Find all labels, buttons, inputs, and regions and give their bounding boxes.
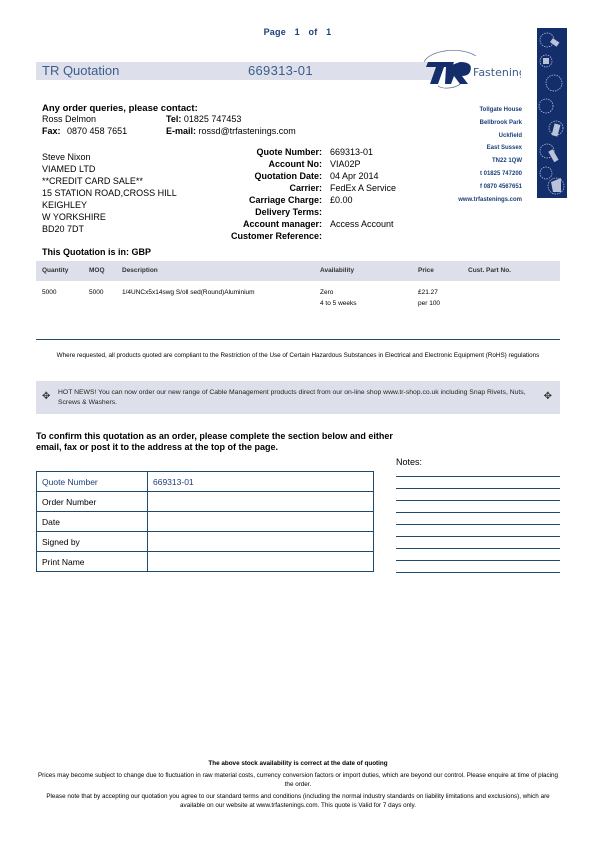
confirm-instructions: To confirm this quotation as an order, p…: [36, 431, 396, 453]
meta-label: Account manager:: [170, 218, 322, 230]
col-cust-part-no: Cust. Part No.: [468, 267, 511, 274]
address-line: East Sussex: [440, 142, 522, 155]
fastener-icons-strip: [537, 28, 567, 198]
page-current: 1: [295, 27, 300, 37]
meta-label: Carrier:: [170, 182, 322, 194]
page-of: of: [309, 27, 318, 37]
col-price: Price: [418, 267, 434, 274]
customer-note: **CREDIT CARD SALE**: [42, 175, 177, 187]
order-number-field[interactable]: [148, 492, 374, 512]
address-line: Uckfield: [440, 130, 522, 143]
col-description: Description: [122, 267, 158, 274]
meta-account-manager: Access Account: [330, 218, 396, 230]
document-title: TR Quotation: [42, 63, 119, 78]
meta-label: Customer Reference:: [170, 230, 322, 242]
col-quantity: Quantity: [42, 267, 68, 274]
row-moq: 5000: [89, 287, 103, 298]
contact-fax: Fax: 0870 458 7651: [42, 126, 127, 138]
meta-label: Quotation Date:: [170, 170, 322, 182]
row-quantity: 5000: [42, 287, 56, 298]
customer-county: W YORKSHIRE: [42, 211, 177, 223]
notes-line[interactable]: [396, 572, 560, 573]
customer-contact-name: Steve Nixon: [42, 151, 177, 163]
print-name-field[interactable]: [148, 552, 374, 572]
customer-address: Steve Nixon VIAMED LTD **CREDIT CARD SAL…: [42, 151, 177, 235]
currency-line: This Quotation is in: GBP: [42, 247, 151, 257]
notes-line[interactable]: [396, 548, 560, 549]
email-link[interactable]: rossd@trfastenings.com: [199, 126, 296, 136]
footer-terms-note: Please note that by accepting our quotat…: [36, 792, 560, 811]
order-confirmation-form: Quote Number 669313-01 Order Number Date…: [36, 471, 374, 572]
notes-line[interactable]: [396, 500, 560, 501]
fax-label: Fax:: [42, 126, 61, 136]
meta-quotation-date: 04 Apr 2014: [330, 170, 396, 182]
table-divider: [36, 339, 560, 340]
address-postcode: TN22 1QW: [440, 155, 522, 168]
meta-customer-reference: [330, 230, 396, 242]
form-label: Quote Number: [37, 472, 148, 492]
form-row-print-name: Print Name: [37, 552, 374, 572]
contact-name: Ross Delmon: [42, 114, 96, 126]
notes-line[interactable]: [396, 512, 560, 513]
customer-postcode: BD20 7DT: [42, 223, 177, 235]
company-website-link[interactable]: www.trfastenings.com: [440, 194, 522, 207]
quote-meta-values: 669313-01 VIA02P 04 Apr 2014 FedEx A Ser…: [330, 146, 396, 242]
meta-carrier: FedEx A Service: [330, 182, 396, 194]
contact-heading: Any order queries, please contact:: [42, 103, 198, 114]
fastener-illustrations-icon: [537, 28, 567, 198]
items-table-header: Quantity MOQ Description Availability Pr…: [36, 261, 560, 281]
tel-label: Tel:: [166, 114, 181, 124]
news-ornament-icon: ✥: [544, 391, 552, 402]
meta-delivery-terms: [330, 206, 396, 218]
footer-stock-note: The above stock availability is correct …: [36, 759, 560, 768]
meta-label: Account No:: [170, 158, 322, 170]
fax-value: 0870 458 7651: [67, 126, 127, 136]
customer-street: 15 STATION ROAD,CROSS HILL: [42, 187, 177, 199]
quote-meta-labels: Quote Number: Account No: Quotation Date…: [170, 146, 322, 242]
meta-quote-number: 669313-01: [330, 146, 396, 158]
logo-text: Fastenings: [473, 66, 521, 79]
meta-label: Quote Number:: [170, 146, 322, 158]
row-price-unit: per 100: [418, 298, 440, 309]
date-field[interactable]: [148, 512, 374, 532]
email-label: E-mail:: [166, 126, 196, 136]
meta-account-no: VIA02P: [330, 158, 396, 170]
notes-line[interactable]: [396, 536, 560, 537]
row-description: 1/4UNCx5x14swg S/oll sed(Round)Aluminium: [122, 287, 255, 298]
address-line: Tollgate House: [440, 104, 522, 117]
contact-tel: Tel: 01825 747453: [166, 114, 241, 126]
row-price: £21.27: [418, 287, 438, 298]
title-quote-number: 669313-01: [248, 63, 313, 78]
signed-by-field[interactable]: [148, 532, 374, 552]
footer-price-note: Prices may become subject to change due …: [36, 771, 560, 790]
quote-number-field: 669313-01: [148, 472, 374, 492]
row-availability-stock: Zero: [320, 287, 333, 298]
meta-label: Delivery Terms:: [170, 206, 322, 218]
notes-line[interactable]: [396, 560, 560, 561]
contact-email: E-mail: rossd@trfastenings.com: [166, 126, 296, 138]
row-availability-lead: 4 to 5 weeks: [320, 298, 357, 309]
hot-news-banner: ✥ HOT NEWS! You can now order our new ra…: [36, 381, 560, 414]
col-availability: Availability: [320, 267, 354, 274]
hot-news-text: HOT NEWS! You can now order our new rang…: [58, 388, 528, 408]
notes-line[interactable]: [396, 524, 560, 525]
page-indicator: Page 1 of 1: [0, 27, 595, 37]
customer-town: KEIGHLEY: [42, 199, 177, 211]
address-line: Bellbrook Park: [440, 117, 522, 130]
form-label: Order Number: [37, 492, 148, 512]
address-fax: f 0870 4567651: [440, 181, 522, 194]
form-row-signed-by: Signed by: [37, 532, 374, 552]
form-label: Signed by: [37, 532, 148, 552]
rohs-notice: Where requested, all products quoted are…: [36, 351, 560, 361]
form-row-order-number: Order Number: [37, 492, 374, 512]
meta-label: Carriage Charge:: [170, 194, 322, 206]
news-ornament-icon: ✥: [42, 391, 50, 402]
form-label: Print Name: [37, 552, 148, 572]
customer-company: VIAMED LTD: [42, 163, 177, 175]
meta-carriage-charge: £0.00: [330, 194, 396, 206]
tr-fastenings-logo: Fastenings: [416, 48, 521, 90]
page-total: 1: [326, 27, 331, 37]
company-address: Tollgate House Bellbrook Park Uckfield E…: [440, 104, 522, 206]
page-label: Page: [264, 27, 286, 37]
form-label: Date: [37, 512, 148, 532]
tel-value: 01825 747453: [184, 114, 242, 124]
form-row-date: Date: [37, 512, 374, 532]
form-row-quote-number: Quote Number 669313-01: [37, 472, 374, 492]
notes-line[interactable]: [396, 476, 560, 477]
notes-line[interactable]: [396, 488, 560, 489]
col-moq: MOQ: [89, 267, 105, 274]
address-phone: t 01825 747200: [440, 168, 522, 181]
notes-label: Notes:: [396, 457, 422, 467]
